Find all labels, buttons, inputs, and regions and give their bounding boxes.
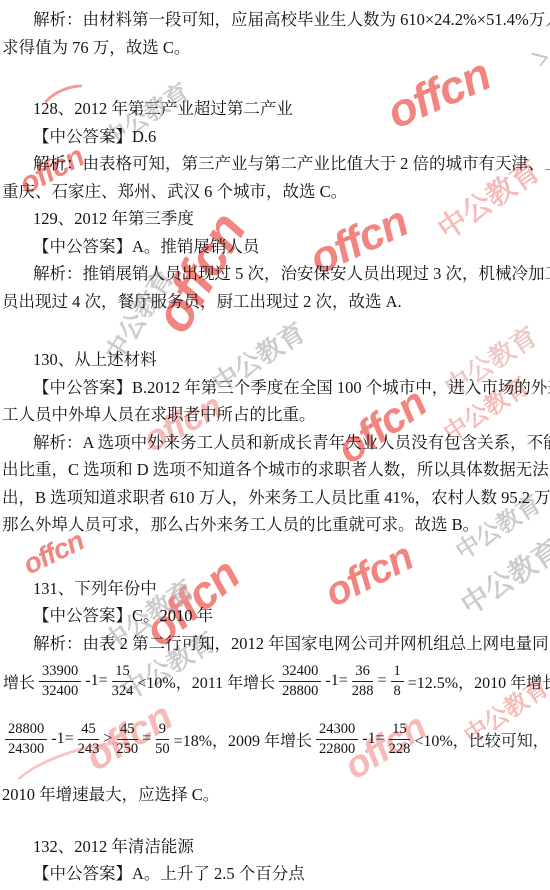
answer-sheet-content: 解析：由材料第一段可知，应届高校毕业生人数为 610×24.2%×51.4%万人… (0, 0, 550, 888)
question-131-closing-line: 2010 年增速最大，应选择 C。 (2, 781, 548, 809)
question-129-heading: 129、2012 年第三季度 (2, 205, 548, 233)
intro-line: 解析：由材料第一段可知，应届高校毕业生人数为 610×24.2%×51.4%万人… (2, 6, 548, 34)
question-130-explanation-line: 出比重，C 选项和 D 选项不知道各个城市的求职者人数，所以具体数据无法求 (2, 456, 548, 484)
question-130-answer-line: 工人员中外埠人员在求职者中所占的比重。 (2, 401, 548, 429)
fraction: 3240028800 (279, 663, 321, 699)
formula-line-1: 增长 3390032400 -1= 15324 <10%，2011 年增长 32… (2, 659, 548, 703)
question-131-block: 131、下列年份中 【中公答案】C。2010 年 解析：由表 2 第二行可知，2… (2, 575, 548, 809)
question-128-block: 128、2012 年第三产业超过第二产业 【中公答案】D.6 解析：由表格可知，… (2, 95, 548, 205)
fraction: 45243 (78, 721, 100, 757)
question-130-explanation-line: 那么外埠人员可求，那么占外来务工人员的比重就可求。故选 B。 (2, 511, 548, 539)
question-132-block: 132、2012 年清洁能源 【中公答案】A。上升了 2.5 个百分点 (2, 833, 548, 888)
formula-text: = (377, 672, 388, 690)
fraction: 45250 (116, 721, 138, 757)
intro-paragraph: 解析：由材料第一段可知，应届高校毕业生人数为 610×24.2%×51.4%万人… (2, 6, 548, 61)
question-131-heading: 131、下列年份中 (2, 575, 548, 603)
question-131-answer: 【中公答案】C。2010 年 (2, 602, 548, 630)
fraction-numerator: 45 (117, 721, 138, 740)
fraction: 18 (391, 663, 404, 699)
fraction-denominator: 50 (155, 740, 170, 758)
question-129-explanation-line: 解析：推销展销人员出现过 5 次，治安保安人员出现过 3 次，机械冷加工人 (2, 260, 548, 288)
fraction-numerator: 45 (78, 721, 99, 740)
fraction: 2430022800 (316, 721, 358, 757)
fraction-numerator: 9 (156, 721, 169, 740)
question-128-heading: 128、2012 年第三产业超过第二产业 (2, 95, 548, 123)
fraction-denominator: 228 (389, 740, 411, 758)
question-129-answer: 【中公答案】A。推销展销人员 (2, 233, 548, 261)
fraction-denominator: 28800 (282, 682, 318, 700)
fraction-numerator: 36 (352, 663, 373, 682)
intro-line: 求得值为 76 万，故选 C。 (2, 34, 548, 62)
fraction: 3390032400 (39, 663, 81, 699)
fraction: 2880024300 (5, 721, 47, 757)
fraction-denominator: 288 (352, 682, 374, 700)
formula-text: -1= (361, 730, 385, 748)
fraction-numerator: 1 (391, 663, 404, 682)
formula-text: > (102, 730, 113, 748)
formula-line-2: 2880024300 -1= 45243 > 45250 = 950 =18%，… (2, 717, 548, 761)
document-page: { "watermark": { "brand": "offcn", "bran… (0, 0, 550, 890)
formula-text: -1= (84, 672, 108, 690)
question-130-answer-line: 【中公答案】B.2012 年第三个季度在全国 100 个城市中，进入市场的外来务 (2, 374, 548, 402)
question-129-explanation-line: 员出现过 4 次，餐厅服务员，厨工出现过 2 次，故选 A. (2, 288, 548, 316)
question-132-answer: 【中公答案】A。上升了 2.5 个百分点 (2, 860, 548, 888)
formula-text: <10%，比较可知， (413, 728, 549, 751)
fraction-numerator: 24300 (316, 721, 358, 740)
fraction-denominator: 250 (116, 740, 138, 758)
fraction-numerator: 15 (389, 721, 410, 740)
fraction-denominator: 8 (394, 682, 401, 700)
fraction-denominator: 324 (112, 682, 134, 700)
question-130-block: 130、从上述材料 【中公答案】B.2012 年第三个季度在全国 100 个城市… (2, 346, 548, 539)
formula-text: 增长 (2, 670, 36, 693)
question-130-heading: 130、从上述材料 (2, 346, 548, 374)
formula-text: -1= (324, 672, 348, 690)
formula-text: = (141, 730, 152, 748)
question-128-explanation-line: 重庆、石家庄、郑州、武汉 6 个城市，故选 C。 (2, 178, 548, 206)
question-129-block: 129、2012 年第三季度 【中公答案】A。推销展销人员 解析：推销展销人员出… (2, 205, 548, 315)
fraction: 36288 (352, 663, 374, 699)
formula-text: =18%，2009 年增长 (173, 728, 313, 751)
fraction-denominator: 22800 (319, 740, 355, 758)
fraction: 15324 (112, 663, 134, 699)
fraction-denominator: 24300 (8, 740, 44, 758)
formula-text: =12.5%，2010 年增长 (407, 670, 550, 693)
formula-text: -1= (50, 730, 74, 748)
fraction-numerator: 15 (112, 663, 133, 682)
question-130-explanation-line: 解析：A 选项中外来务工人员和新成长青年失业人员没有包含关系，不能求 (2, 429, 548, 457)
formula-text: <10%，2011 年增长 (136, 670, 276, 693)
fraction-denominator: 32400 (42, 682, 78, 700)
question-132-heading: 132、2012 年清洁能源 (2, 833, 548, 861)
question-131-explanation-line: 解析：由表 2 第二行可知，2012 年国家电网公司并网机组总上网电量同比 (2, 630, 548, 658)
fraction: 15228 (389, 721, 411, 757)
fraction-numerator: 33900 (39, 663, 81, 682)
fraction: 950 (155, 721, 170, 757)
fraction-denominator: 243 (78, 740, 100, 758)
question-130-explanation-line: 出，B 选项知道求职者 610 万人，外来务工人员比重 41%，农村人数 95.… (2, 484, 548, 512)
question-128-explanation-line: 解析：由表格可知，第三产业与第二产业比值大于 2 倍的城市有天津、上海、 (2, 150, 548, 178)
fraction-numerator: 28800 (5, 721, 47, 740)
fraction-numerator: 32400 (279, 663, 321, 682)
question-128-answer: 【中公答案】D.6 (2, 123, 548, 151)
